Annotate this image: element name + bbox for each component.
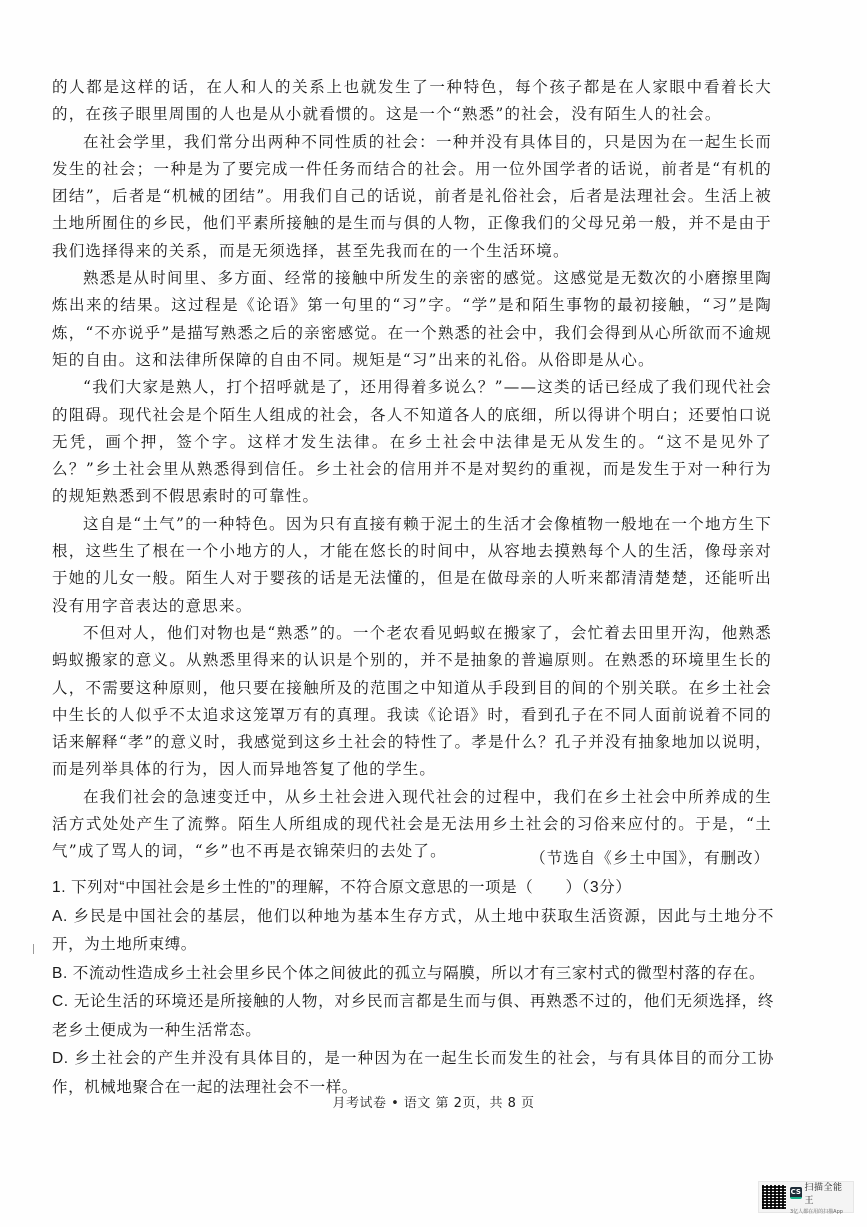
- option-c-text: 无论生活的环境还是所接触的人物，对乡民而言都是生而与俱、再熟悉不过的，他们无须选…: [52, 993, 774, 1039]
- page-footer: 月考试卷 • 语文 第 2页，共 8 页: [0, 1092, 867, 1111]
- option-a: A. 乡民是中国社会的基层，他们以种地为基本生存方式，从土地中获取生活资源，因此…: [52, 903, 774, 960]
- question-stem: 1. 下列对“中国社会是乡土性的”的理解，不符合原文意思的一项是（ ）（3分）: [52, 874, 774, 903]
- scanner-watermark: CS 扫描全能王 3亿人都在用的扫描App: [758, 1181, 854, 1213]
- passage-paragraph-1: 的人都是这样的话，在人和人的关系上也就发生了一种特色，每个孩子都是在人家眼中看着…: [52, 74, 772, 129]
- passage-paragraph-3: 熟悉是从时间里、多方面、经常的接触中所发生的亲密的感觉。这感觉是无数次的小磨擦里…: [52, 265, 772, 374]
- passage-paragraph-6: 不但对人，他们对物也是“熟悉”的。一个老农看见蚂蚁在搬家了，会忙着去田里开沟，他…: [52, 620, 772, 784]
- scan-artifact: [33, 944, 34, 954]
- option-d-label: D.: [52, 1050, 69, 1067]
- option-a-label: A.: [52, 908, 68, 925]
- passage-paragraph-2: 在社会学里，我们常分出两种不同性质的社会：一种并没有具体目的，只是因为在一起生长…: [52, 129, 772, 265]
- question-1: 1. 下列对“中国社会是乡土性的”的理解，不符合原文意思的一项是（ ）（3分） …: [52, 874, 774, 1102]
- exam-page: 的人都是这样的话，在人和人的关系上也就发生了一种特色，每个孩子都是在人家眼中看着…: [0, 0, 867, 1227]
- option-a-text: 乡民是中国社会的基层，他们以种地为基本生存方式，从土地中获取生活资源，因此与土地…: [52, 908, 774, 954]
- camscanner-logo-icon: CS: [790, 1187, 802, 1199]
- option-b-label: B.: [52, 965, 68, 982]
- reading-passage: 的人都是这样的话，在人和人的关系上也就发生了一种特色，每个孩子都是在人家眼中看着…: [52, 74, 772, 866]
- passage-paragraph-5: 这自是“土气”的一种特色。因为只有直接有赖于泥土的生活才会像植物一般地在一个地方…: [52, 511, 772, 620]
- passage-source: （节选自《乡土中国》，有删改）: [52, 846, 770, 868]
- watermark-subtitle: 3亿人都在用的扫描App: [790, 1208, 850, 1215]
- watermark-title: 扫描全能王: [805, 1180, 851, 1206]
- option-d-text: 乡土社会的产生并没有具体目的，是一种因为在一起生长而发生的社会，与有具体目的而分…: [52, 1050, 774, 1096]
- qr-code-icon: [762, 1185, 786, 1209]
- option-b-text: 不流动性造成乡土社会里乡民个体之间彼此的孤立与隔膜，所以才有三家村式的微型村落的…: [73, 965, 765, 982]
- option-c: C. 无论生活的环境还是所接触的人物，对乡民而言都是生而与俱、再熟悉不过的，他们…: [52, 988, 774, 1045]
- passage-paragraph-4: “我们大家是熟人，打个招呼就是了，还用得着多说么？”——这类的话已经成了我们现代…: [52, 374, 772, 510]
- option-c-label: C.: [52, 993, 69, 1010]
- option-b: B. 不流动性造成乡土社会里乡民个体之间彼此的孤立与隔膜，所以才有三家村式的微型…: [52, 960, 774, 989]
